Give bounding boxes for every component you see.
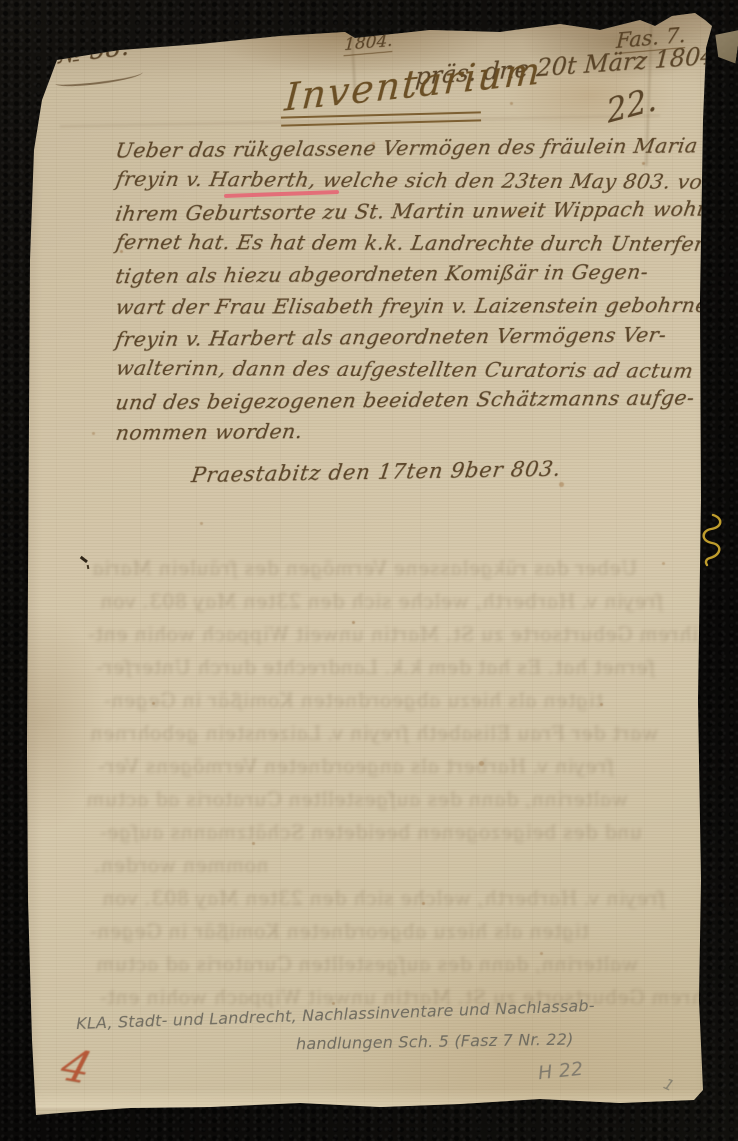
verso-showthrough-line: walterinn, dann des aufgestellten Curato…	[84, 789, 629, 811]
verso-showthrough-line: walterinn, dann des aufgestellten Curato…	[94, 954, 639, 976]
body-line: ihrem Geburtsorte zu St. Martin unweit W…	[114, 196, 738, 226]
body-line: und des beigezogenen beeideten Schätzman…	[114, 385, 696, 414]
verso-showthrough-line: wart der Frau Elisabeth freyin v. Laizen…	[88, 723, 659, 745]
binding-thread	[699, 512, 727, 568]
verso-showthrough-line: nommen worden.	[92, 855, 270, 877]
binding-stitch	[80, 556, 88, 563]
pencil-shelfmark: H 22	[537, 1058, 584, 1085]
bottom-page-edge-highlight	[30, 1090, 705, 1108]
binding-stitch	[87, 565, 90, 569]
body-line: wart der Frau Elisabeth freyin v. Laizen…	[114, 293, 723, 319]
body-line: walterinn, dann des aufgestellten Curato…	[114, 355, 695, 382]
verso-showthrough-line: ihrem Geburtsorte zu St. Martin unweit W…	[86, 624, 699, 646]
archive-number: № 58.	[58, 32, 129, 70]
manuscript-photo: № 58. 1804. Fas. 7. präs. dne 20t März 1…	[0, 0, 738, 1141]
verso-showthrough-line: Ueber das rükgelassene Vermögen des fräu…	[90, 558, 638, 580]
dateline: Praestabitz den 17ten 9ber 803.	[190, 457, 563, 487]
body-line: Ueber das rükgelassene Vermögen des fräu…	[114, 133, 700, 162]
verso-showthrough-line: und des beigezogenen beeideten Schätzman…	[98, 822, 643, 844]
verso-showthrough-line: tigten als hiezu abgeordneten Komißär in…	[88, 921, 590, 943]
manuscript-page: № 58. 1804. Fas. 7. präs. dne 20t März 1…	[0, 0, 738, 1141]
document-title: Inventarium	[283, 48, 543, 120]
verso-showthrough-line: freyin v. Harberth, welche sich den 23te…	[98, 591, 664, 613]
red-crayon-mark: 4	[55, 1040, 97, 1094]
archive-number-flourish	[55, 67, 144, 88]
body-line: tigten als hiezu abgeordneten Komißär in…	[114, 260, 650, 289]
adjacent-page-corner	[712, 26, 738, 63]
verso-showthrough-line: freyin v. Harberth, welche sich den 23te…	[100, 888, 666, 910]
foxing-spots	[0, 0, 3, 3]
verso-showthrough-line: tigten als hiezu abgeordneten Komißär in…	[102, 690, 604, 712]
body-line: fernet hat. Es hat dem k.k. Landrechte d…	[114, 230, 713, 256]
body-line: freyin v. Harbert als angeordneten Vermö…	[114, 323, 668, 352]
document-number: 22.	[605, 79, 659, 130]
verso-showthrough-line: fernet hat. Es hat dem k.k. Landrechte d…	[94, 657, 656, 679]
verso-showthrough-line: freyin v. Harbert als angeordneten Vermö…	[96, 756, 615, 778]
red-underline	[224, 190, 339, 198]
body-line: nommen worden.	[114, 419, 304, 445]
archival-note-line2: handlungen Sch. 5 (Fasz 7 Nr. 22)	[296, 1030, 574, 1054]
body-line: freyin v. Harberth, welche sich den 23te…	[114, 166, 718, 193]
